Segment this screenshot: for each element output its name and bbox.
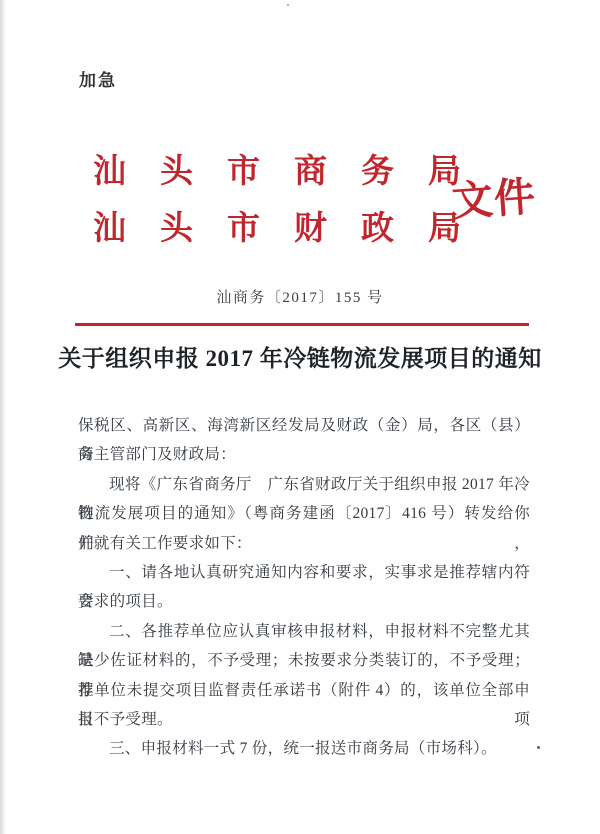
body-line: 一、请各地认真研究通知内容和要求，实事求是推荐辖内符合 bbox=[78, 558, 530, 587]
scan-artifact bbox=[287, 4, 289, 6]
body-line: 荐单位未提交项目监督责任承诺书（附件 4）的，该单位全部申报项 bbox=[78, 676, 530, 705]
scan-artifact bbox=[537, 746, 540, 749]
document-title: 关于组织申报 2017 年冷链物流发展项目的通知 bbox=[0, 342, 600, 377]
body-line: 务主管部门及财政局： bbox=[78, 440, 530, 469]
document-body: 保税区、高新区、海湾新区经发局及财政（金）局，各区（县）商 务主管部门及财政局：… bbox=[78, 411, 530, 764]
body-line: 物流发展项目的通知》（粤商务建函〔2017〕416 号）转发给你们， bbox=[78, 499, 530, 528]
scanned-notice-page: 加急 汕头市商务局 汕头市财政局 文件 汕商务〔2017〕155 号 关于组织申… bbox=[0, 0, 600, 834]
body-line: 要求的项目。 bbox=[78, 587, 530, 616]
body-line: 现将《广东省商务厅 广东省财政厅关于组织申报 2017 年冷链 bbox=[78, 470, 530, 499]
reference-number: 汕商务〔2017〕155 号 bbox=[0, 286, 600, 307]
body-line: 三、申报材料一式 7 份，统一报送市商务局（市场科）。 bbox=[78, 734, 530, 763]
scan-edge-shadow bbox=[0, 0, 6, 834]
red-divider-line bbox=[75, 323, 529, 326]
body-line: 二、各推荐单位应认真审核申报材料，申报材料不完整尤其是 bbox=[78, 617, 530, 646]
doc-type-label: 文件 bbox=[451, 176, 538, 223]
body-line: 缺少佐证材料的，不予受理；未按要求分类装订的，不予受理；推 bbox=[78, 646, 530, 675]
body-line: 保税区、高新区、海湾新区经发局及财政（金）局，各区（县）商 bbox=[78, 411, 530, 440]
issuer-name-commerce-bureau: 汕头市商务局 bbox=[93, 156, 495, 189]
urgency-label: 加急 bbox=[79, 66, 117, 91]
issuer-name-finance-bureau: 汕头市财政局 bbox=[93, 213, 495, 246]
